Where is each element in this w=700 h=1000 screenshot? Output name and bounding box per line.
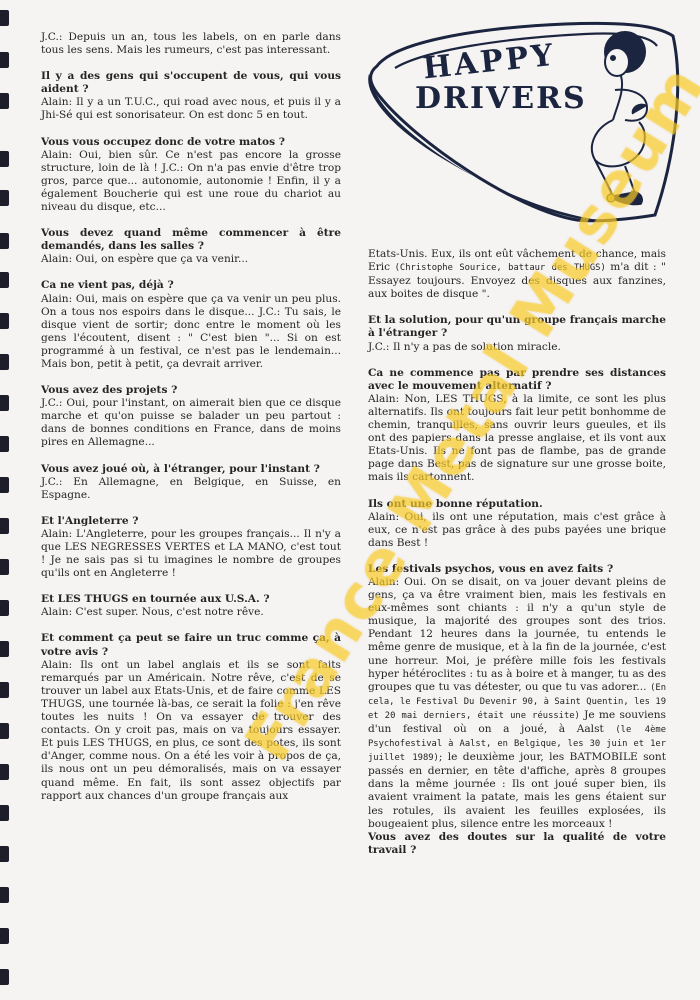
interview-exchange: Vous avez des projets ? J.C.: Oui, pour … <box>41 384 341 449</box>
question-text: Vous devez quand même commencer à être d… <box>41 227 341 253</box>
interview-exchange: Les festivals psychos, vous en avez fait… <box>368 563 666 831</box>
question-text: Ils ont une bonne réputation. <box>368 498 666 511</box>
binding-hole <box>0 559 9 575</box>
answer-text: Alain: Oui. On se disait, on va jouer de… <box>368 576 666 831</box>
question-text: Vous avez des projets ? <box>41 384 341 397</box>
interview-exchange: Et LES THUGS en tournée aux U.S.A. ? Ala… <box>41 593 341 619</box>
question-text: Ca ne vient pas, déjà ? <box>41 279 341 292</box>
interview-exchange: Et comment ça peut se faire un truc comm… <box>41 632 341 802</box>
happy-drivers-logo: HAPPY DRIVERS <box>355 10 685 232</box>
question-text: Et l'Angleterre ? <box>41 515 341 528</box>
interview-exchange: Et la solution, pour qu'un groupe frança… <box>368 314 666 353</box>
answer-text: Etats-Unis. Eux, ils ont eût vâchement d… <box>368 248 666 301</box>
spiral-binding <box>0 0 12 1000</box>
binding-hole <box>0 354 9 370</box>
binding-hole <box>0 10 9 26</box>
binding-hole <box>0 151 9 167</box>
interview-exchange: Ca ne commence pas par prendre ses dista… <box>368 367 666 485</box>
answer-text: Alain: Il y a un T.U.C., qui road avec n… <box>41 96 341 122</box>
interview-exchange: Vous devez quand même commencer à être d… <box>41 227 341 266</box>
answer-text: Alain: L'Angleterre, pour les groupes fr… <box>41 528 341 580</box>
interview-exchange: Etats-Unis. Eux, ils ont eût vâchement d… <box>368 248 666 301</box>
answer-text: J.C.: En Allemagne, en Belgique, en Suis… <box>41 476 341 502</box>
answer-text: Alain: Oui, ils ont une réputation, mais… <box>368 511 666 550</box>
binding-hole <box>0 723 9 739</box>
binding-hole <box>0 313 9 329</box>
question-text: Et LES THUGS en tournée aux U.S.A. ? <box>41 593 341 606</box>
interview-exchange: Et l'Angleterre ? Alain: L'Angleterre, p… <box>41 515 341 580</box>
interview-exchange: J.C.: Depuis un an, tous les labels, on … <box>41 31 341 57</box>
binding-hole <box>0 93 9 109</box>
binding-hole <box>0 764 9 780</box>
question-text: Et la solution, pour qu'un groupe frança… <box>368 314 666 340</box>
question-text: Il y a des gens qui s'occupent de vous, … <box>41 70 341 96</box>
answer-text: J.C.: Oui, pour l'instant, on aimerait b… <box>41 397 341 449</box>
question-text: Vous avez des doutes sur la qualité de v… <box>368 831 666 857</box>
answer-text: Alain: Non, LES THUGS, à la limite, ce s… <box>368 393 666 485</box>
binding-hole <box>0 641 9 657</box>
binding-hole <box>0 887 9 903</box>
scanned-magazine-page: HAPPY DRIVERS J.C.: Depuis un an, tous l… <box>0 0 700 1000</box>
binding-hole <box>0 52 9 68</box>
answer-text: Alain: Oui, bien sûr. Ce n'est pas encor… <box>41 149 341 214</box>
answer-text: Alain: Ils ont un label anglais et ils s… <box>41 659 341 803</box>
question-text: Vous vous occupez donc de votre matos ? <box>41 136 341 149</box>
binding-hole <box>0 846 9 862</box>
binding-hole <box>0 928 9 944</box>
binding-hole <box>0 477 9 493</box>
binding-hole <box>0 233 9 249</box>
binding-hole <box>0 395 9 411</box>
answer-text: Alain: C'est super. Nous, c'est notre rê… <box>41 606 341 619</box>
logo-title-line2: DRIVERS <box>415 81 587 116</box>
binding-hole <box>0 436 9 452</box>
interview-exchange: Ca ne vient pas, déjà ? Alain: Oui, mais… <box>41 279 341 371</box>
binding-hole <box>0 272 9 288</box>
answer-text: Alain: Oui, mais on espère que ça va ven… <box>41 293 341 372</box>
editor-note: (Christophe Sourice, battaur des THUGS) <box>395 263 606 273</box>
question-text: Et comment ça peut se faire un truc comm… <box>41 632 341 658</box>
binding-hole <box>0 600 9 616</box>
answer-text-part: Alain: Oui. On se disait, on va jouer de… <box>368 576 666 693</box>
answer-text: J.C.: Il n'y a pas de solution miracle. <box>368 341 666 354</box>
binding-hole <box>0 518 9 534</box>
binding-hole <box>0 190 9 206</box>
article-column-left: J.C.: Depuis un an, tous les labels, on … <box>41 31 341 816</box>
interview-exchange: Ils ont une bonne réputation. Alain: Oui… <box>368 498 666 550</box>
interview-exchange: Il y a des gens qui s'occupent de vous, … <box>41 70 341 122</box>
question-text: Vous avez joué où, à l'étranger, pour l'… <box>41 463 341 476</box>
interview-exchange: Vous vous occupez donc de votre matos ? … <box>41 136 341 215</box>
question-text: Ca ne commence pas par prendre ses dista… <box>368 367 666 393</box>
binding-hole <box>0 805 9 821</box>
answer-text: Alain: Oui, on espère que ça va venir... <box>41 253 341 266</box>
article-column-right: Etats-Unis. Eux, ils ont eût vâchement d… <box>368 248 666 870</box>
answer-text: J.C.: Depuis un an, tous les labels, on … <box>41 31 341 57</box>
binding-hole <box>0 682 9 698</box>
interview-exchange: Vous avez joué où, à l'étranger, pour l'… <box>41 463 341 502</box>
question-text: Les festivals psychos, vous en avez fait… <box>368 563 666 576</box>
binding-hole <box>0 969 9 985</box>
interview-exchange: Vous avez des doutes sur la qualité de v… <box>368 831 666 857</box>
